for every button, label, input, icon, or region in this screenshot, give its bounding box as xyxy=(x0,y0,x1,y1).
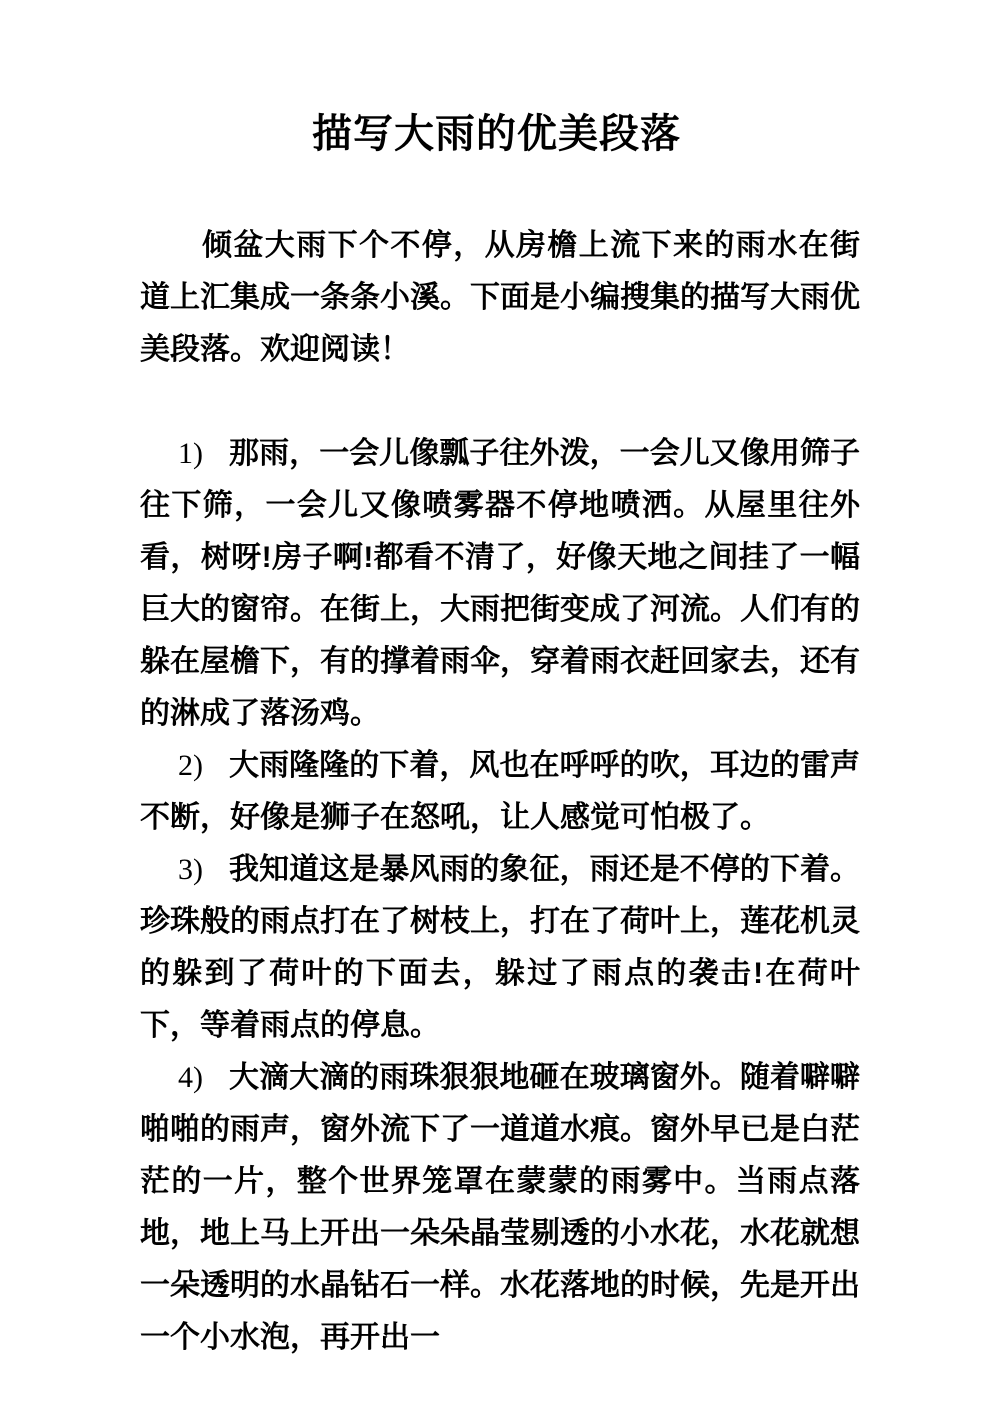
paragraph-number: 1) xyxy=(178,437,203,470)
paragraph-text: 大雨隆隆的下着，风也在呼呼的吹，耳边的雷声不断，好像是狮子在怒吼，让人感觉可怕极… xyxy=(140,749,860,834)
numbered-paragraph-2: 2)大雨隆隆的下着，风也在呼呼的吹，耳边的雷声不断，好像是狮子在怒吼，让人感觉可… xyxy=(140,740,860,844)
numbered-paragraph-3: 3)我知道这是暴风雨的象征，雨还是不停的下着。珍珠般的雨点打在了树枝上，打在了荷… xyxy=(140,844,860,1052)
paragraph-number: 2) xyxy=(178,749,203,782)
document-body: 倾盆大雨下个不停，从房檐上流下来的雨水在街道上汇集成一条条小溪。下面是小编搜集的… xyxy=(140,220,860,1364)
intro-paragraph: 倾盆大雨下个不停，从房檐上流下来的雨水在街道上汇集成一条条小溪。下面是小编搜集的… xyxy=(140,220,860,376)
paragraph-number: 3) xyxy=(178,853,203,886)
paragraph-text: 我知道这是暴风雨的象征，雨还是不停的下着。珍珠般的雨点打在了树枝上，打在了荷叶上… xyxy=(140,853,860,1042)
paragraph-number: 4) xyxy=(178,1061,203,1094)
numbered-paragraph-1: 1)那雨，一会儿像瓢子往外泼，一会儿又像用筛子往下筛，一会儿又像喷雾器不停地喷洒… xyxy=(140,428,860,740)
numbered-paragraph-4: 4)大滴大滴的雨珠狠狠地砸在玻璃窗外。随着噼噼啪啪的雨声，窗外流下了一道道水痕。… xyxy=(140,1052,860,1364)
page-title: 描写大雨的优美段落 xyxy=(0,106,993,162)
paragraph-text: 大滴大滴的雨珠狠狠地砸在玻璃窗外。随着噼噼啪啪的雨声，窗外流下了一道道水痕。窗外… xyxy=(140,1061,860,1354)
document-page: 描写大雨的优美段落 倾盆大雨下个不停，从房檐上流下来的雨水在街道上汇集成一条条小… xyxy=(0,0,993,1404)
paragraph-text: 那雨，一会儿像瓢子往外泼，一会儿又像用筛子往下筛，一会儿又像喷雾器不停地喷洒。从… xyxy=(140,437,860,730)
